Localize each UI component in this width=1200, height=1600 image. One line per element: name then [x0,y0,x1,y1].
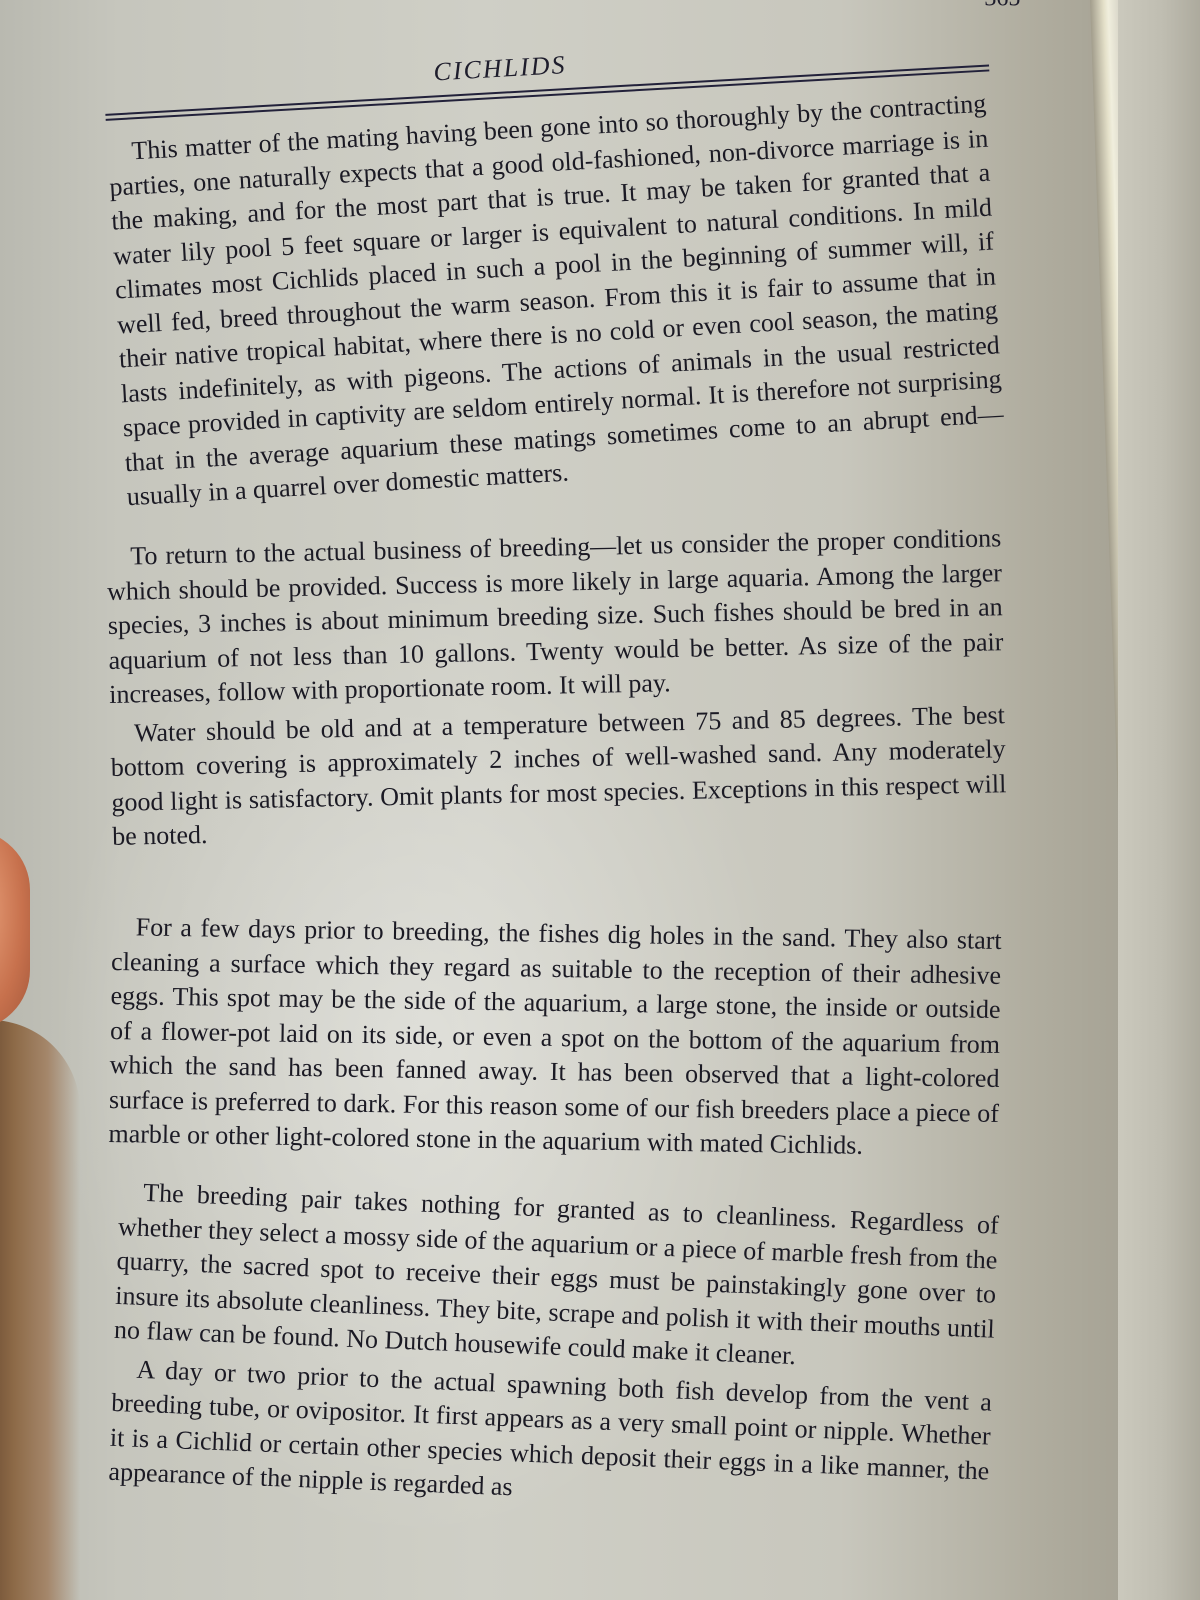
body-text-bottom: The breeding pair takes nothing for gran… [108,1175,999,1523]
text-column-lower: For a few days prior to breeding, the fi… [108,910,1002,1169]
body-text: This matter of the mating having been go… [107,87,1007,515]
hand-shadow [0,1020,80,1600]
text-column-bottom: The breeding pair takes nothing for gran… [108,1175,1000,1527]
paragraph-digging: For a few days prior to breeding, the fi… [108,910,1002,1165]
page-number: 365 [984,0,1020,13]
body-text-lower: For a few days prior to breeding, the fi… [108,910,1002,1165]
paragraph-mating: This matter of the mating having been go… [107,87,1007,515]
paragraph-cleanliness: The breeding pair takes nothing for gran… [113,1175,999,1381]
running-title: CICHLIDS [433,50,567,87]
text-column-top: 365 CICHLIDS This matter of the mating h… [100,0,1007,519]
facing-page-edge [1118,0,1200,1600]
paragraph-water: Water should be old and at a temperature… [110,698,1008,855]
paragraph-breeding-conditions: To return to the actual business of bree… [106,521,1004,712]
text-column-middle: To return to the actual business of bree… [106,521,1007,858]
paragraph-ovipositor: A day or two prior to the actual spawnin… [108,1351,993,1523]
body-text-middle: To return to the actual business of bree… [106,521,1007,854]
